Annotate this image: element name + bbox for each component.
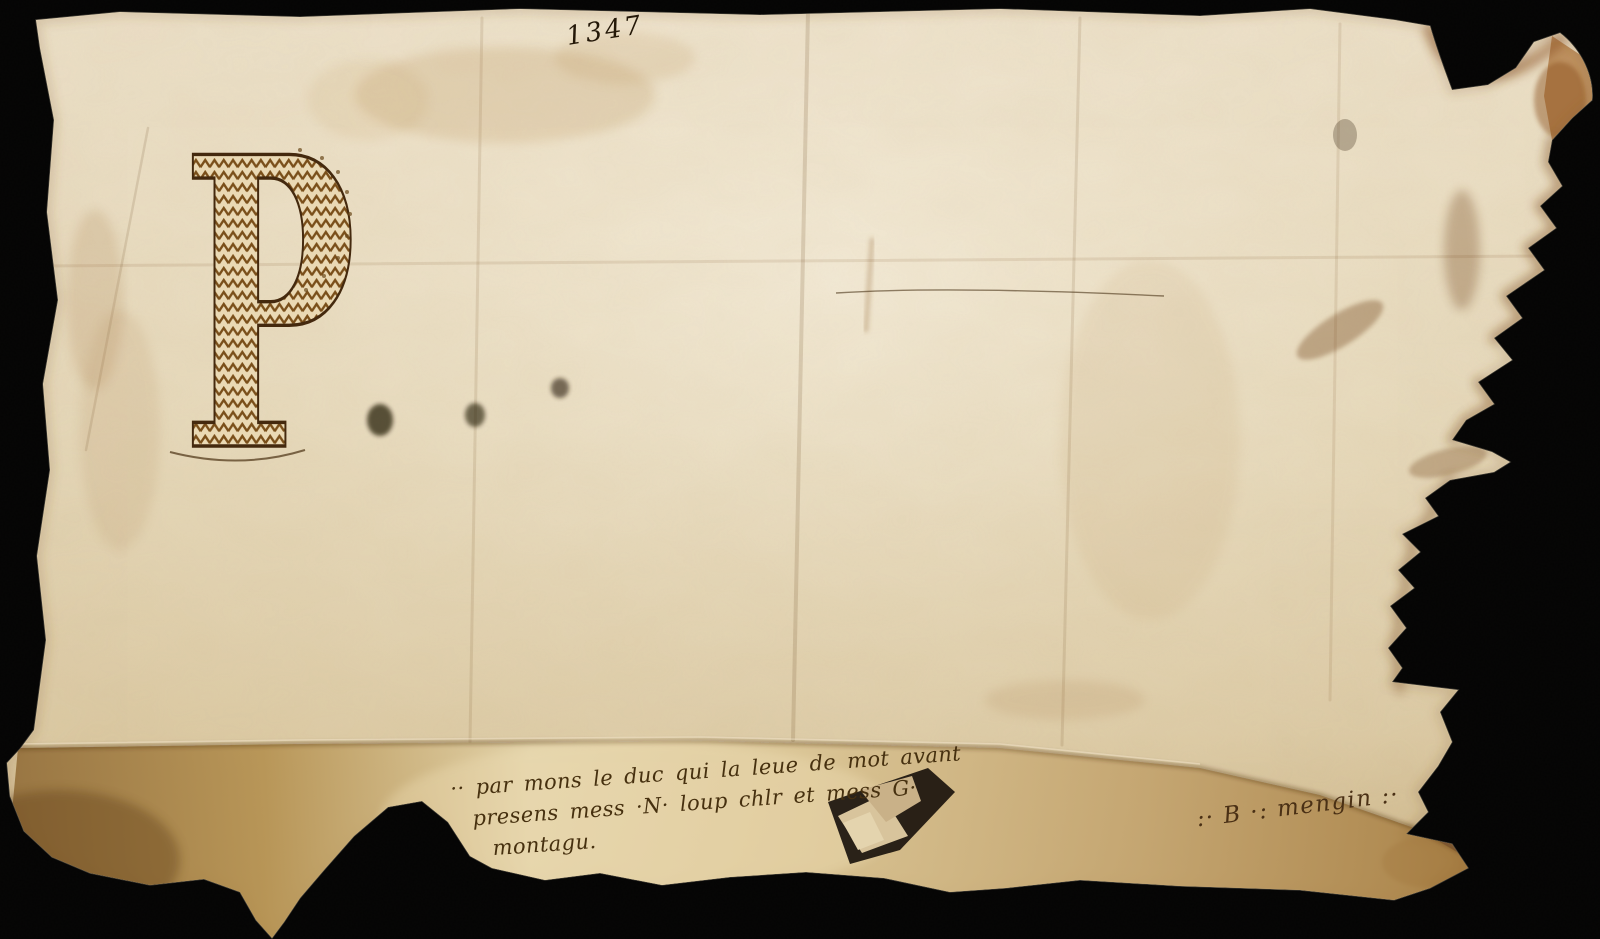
illuminated-initial-group: P	[170, 72, 356, 542]
illuminated-initial: P	[182, 72, 356, 542]
